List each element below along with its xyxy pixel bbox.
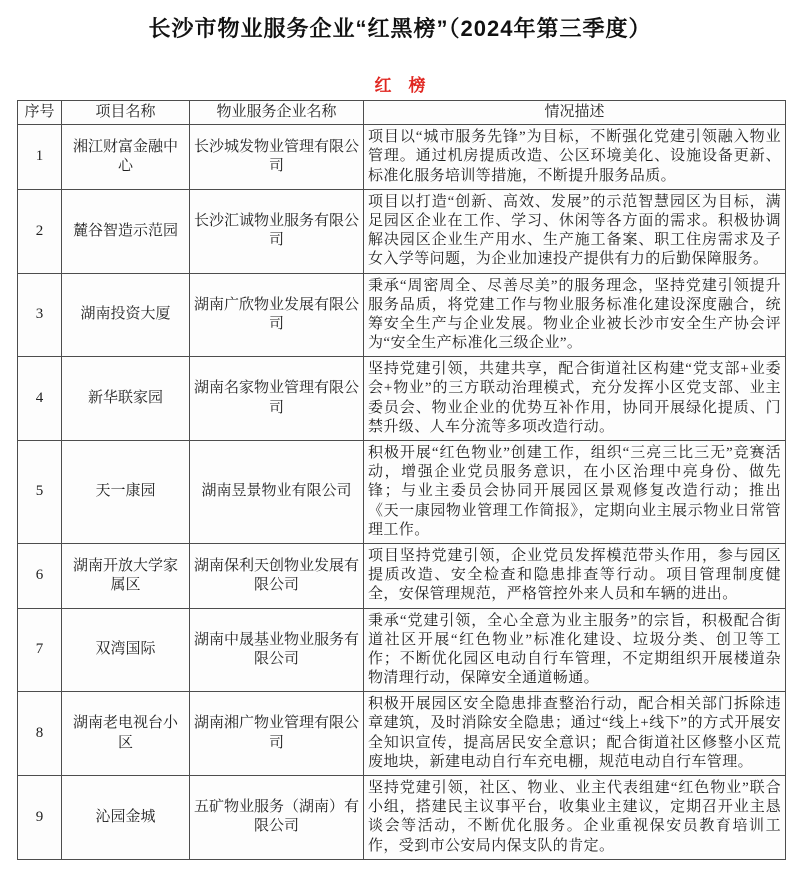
description-cell: 积极开展“红色物业”创建工作，组织“三亮三比三无”竞赛活动，增强企业党员服务意识…: [364, 441, 786, 544]
table-row: 5 天一康园 湖南昱景物业有限公司 积极开展“红色物业”创建工作，组织“三亮三比…: [18, 441, 786, 544]
table-row: 8 湖南老电视台小区 湖南湘广物业管理有限公司 积极开展园区安全隐患排查整治行动…: [18, 692, 786, 776]
company-name-cell: 湖南中晟基业物业服务有限公司: [190, 608, 364, 692]
description-cell: 项目坚持党建引领，企业党员发挥模范带头作用，参与园区提质改造、安全检查和隐患排查…: [364, 543, 786, 608]
table-row: 7 双湾国际 湖南中晟基业物业服务有限公司 秉承“党建引领，全心全意为业主服务”…: [18, 608, 786, 692]
project-name-cell: 双湾国际: [62, 608, 190, 692]
company-name-cell: 湖南昱景物业有限公司: [190, 441, 364, 544]
project-name-cell: 湖南投资大厦: [62, 273, 190, 357]
project-name-cell: 湖南老电视台小区: [62, 692, 190, 776]
project-name-cell: 天一康园: [62, 441, 190, 544]
row-number-cell: 2: [18, 189, 62, 273]
description-cell: 坚持党建引领，社区、物业、业主代表组建“红色物业”联合小组，搭建民主议事平台，收…: [364, 776, 786, 860]
red-list-table: 序号 项目名称 物业服务企业名称 情况描述 1 湘江财富金融中心 长沙城发物业管…: [17, 100, 786, 860]
company-name-cell: 长沙汇诚物业服务有限公司: [190, 189, 364, 273]
table-row: 4 新华联家园 湖南名家物业管理有限公司 坚持党建引领，共建共享，配合街道社区构…: [18, 357, 786, 441]
description-cell: 秉承“党建引领，全心全意为业主服务”的宗旨，积极配合街道社区开展“红色物业”标准…: [364, 608, 786, 692]
row-number-cell: 6: [18, 543, 62, 608]
table-row: 9 沁园金城 五矿物业服务（湖南）有限公司 坚持党建引领，社区、物业、业主代表组…: [18, 776, 786, 860]
row-number-cell: 8: [18, 692, 62, 776]
description-cell: 秉承“周密周全、尽善尽美”的服务理念，坚持党建引领提升服务品质，将党建工作与物业…: [364, 273, 786, 357]
description-cell: 项目以“城市服务先锋”为目标，不断强化党建引领融入物业管理。通过机房提质改造、公…: [364, 125, 786, 190]
description-cell: 积极开展园区安全隐患排查整治行动，配合相关部门拆除违章建筑，及时消除安全隐患；通…: [364, 692, 786, 776]
description-cell: 坚持党建引领，共建共享，配合街道社区构建“党支部+业委会+物业”的三方联动治理模…: [364, 357, 786, 441]
company-name-cell: 五矿物业服务（湖南）有限公司: [190, 776, 364, 860]
description-cell: 项目以打造“创新、高效、发展”的示范智慧园区为目标，满足园区企业在工作、学习、休…: [364, 189, 786, 273]
project-name-cell: 麓谷智造示范园: [62, 189, 190, 273]
row-number-cell: 7: [18, 608, 62, 692]
project-name-cell: 沁园金城: [62, 776, 190, 860]
table-row: 6 湖南开放大学家属区 湖南保利天创物业发展有限公司 项目坚持党建引领，企业党员…: [18, 543, 786, 608]
company-name-cell: 湖南湘广物业管理有限公司: [190, 692, 364, 776]
company-name-cell: 湖南广欣物业发展有限公司: [190, 273, 364, 357]
table-row: 3 湖南投资大厦 湖南广欣物业发展有限公司 秉承“周密周全、尽善尽美”的服务理念…: [18, 273, 786, 357]
project-name-cell: 新华联家园: [62, 357, 190, 441]
page-title: 长沙市物业服务企业“红黑榜”（2024年第三季度）: [0, 12, 800, 43]
company-name-cell: 湖南名家物业管理有限公司: [190, 357, 364, 441]
header-description: 情况描述: [364, 101, 786, 125]
row-number-cell: 9: [18, 776, 62, 860]
row-number-cell: 4: [18, 357, 62, 441]
table-row: 1 湘江财富金融中心 长沙城发物业管理有限公司 项目以“城市服务先锋”为目标，不…: [18, 125, 786, 190]
header-serial: 序号: [18, 101, 62, 125]
company-name-cell: 长沙城发物业管理有限公司: [190, 125, 364, 190]
table-row: 2 麓谷智造示范园 长沙汇诚物业服务有限公司 项目以打造“创新、高效、发展”的示…: [18, 189, 786, 273]
section-title-red-list: 红 榜: [0, 71, 800, 96]
project-name-cell: 湘江财富金融中心: [62, 125, 190, 190]
row-number-cell: 3: [18, 273, 62, 357]
row-number-cell: 1: [18, 125, 62, 190]
header-company-name: 物业服务企业名称: [190, 101, 364, 125]
row-number-cell: 5: [18, 441, 62, 544]
project-name-cell: 湖南开放大学家属区: [62, 543, 190, 608]
header-project-name: 项目名称: [62, 101, 190, 125]
company-name-cell: 湖南保利天创物业发展有限公司: [190, 543, 364, 608]
table-header-row: 序号 项目名称 物业服务企业名称 情况描述: [18, 101, 786, 125]
